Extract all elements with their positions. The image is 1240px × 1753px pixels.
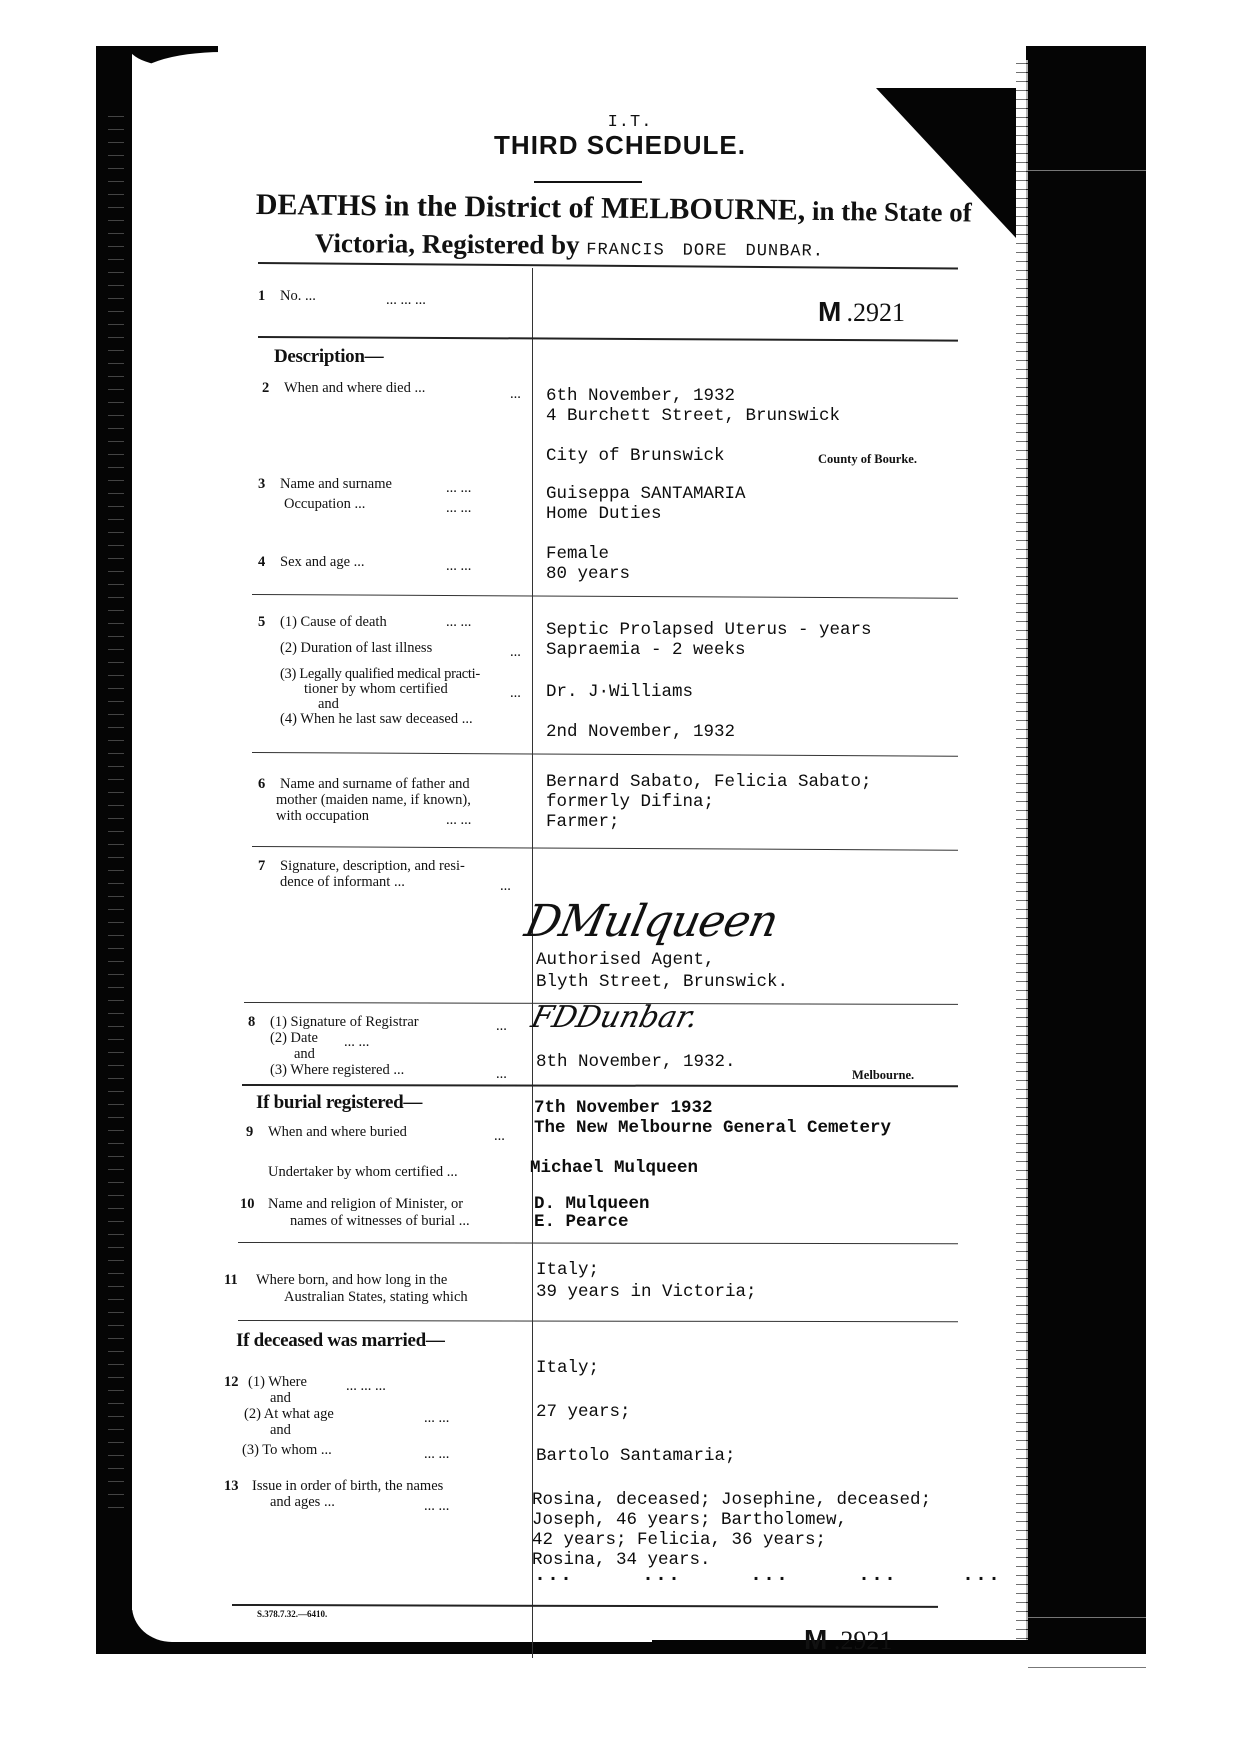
undertaker-name: Michael Mulqueen — [530, 1158, 698, 1178]
title-divider — [534, 181, 642, 183]
leader-dots: ... — [496, 1018, 507, 1034]
registrar-signature: FDDunbar. — [528, 1000, 702, 1035]
column-divider — [532, 268, 533, 1658]
label-issue: 13Issue in order of birth, the names — [224, 1478, 443, 1494]
row-rule — [252, 846, 958, 851]
footer-stamp-number: M .2921 — [804, 1624, 892, 1656]
scan-artifact-line — [1028, 170, 1146, 171]
label-undertaker: Undertaker by whom certified ... — [268, 1164, 458, 1180]
leader-dots: ... — [496, 1066, 507, 1082]
burial-heading: If burial registered— — [256, 1092, 422, 1114]
leader-dots: ... — [510, 644, 521, 660]
registration-date: 8th November, 1932. — [536, 1052, 736, 1072]
label-parents: 6Name and surname of father and — [258, 776, 470, 792]
marriage-place: Italy; — [536, 1358, 599, 1378]
label-issue-cont: and ages ... — [270, 1494, 335, 1510]
leader-dots: ... ... — [446, 480, 471, 496]
county-of-death: County of Bourke. — [818, 452, 917, 467]
issue-line-2: Joseph, 46 years; Bartholomew, — [532, 1510, 847, 1530]
label-and: and — [318, 696, 339, 712]
row-rule — [238, 1242, 958, 1244]
burial-date: 7th November 1932 — [534, 1098, 713, 1118]
label-where-born-cont: Australian States, stating which — [284, 1289, 468, 1305]
cause-of-death: Septic Prolapsed Uterus - years — [546, 620, 872, 640]
deceased-sex: Female — [546, 544, 609, 564]
label-registration-date: (2) Date — [270, 1030, 318, 1046]
row-rule — [258, 336, 958, 342]
informant-signature: DMulqueen — [521, 896, 783, 947]
scan-border-right — [1026, 46, 1146, 1654]
witness-2: E. Pearce — [534, 1212, 629, 1232]
label-marriage-where: 12(1) Where — [224, 1374, 307, 1390]
birthplace: Italy; — [536, 1260, 599, 1280]
scan-noise — [108, 110, 124, 1510]
city-of-death: City of Brunswick — [546, 446, 725, 466]
label-and: and — [270, 1390, 291, 1406]
leader-dots: ... ... — [446, 812, 471, 828]
label-registrar-signature: 8(1) Signature of Registrar — [248, 1014, 419, 1030]
label-informant: 7Signature, description, and resi- — [258, 858, 465, 874]
leader-dots: ... ... — [446, 558, 471, 574]
label-where-registered: (3) Where registered ... — [270, 1062, 404, 1078]
witness-1: D. Mulqueen — [534, 1194, 650, 1214]
leader-dots: ... ... ... — [346, 1378, 386, 1394]
district-name: MELBOURNE, — [601, 192, 806, 227]
label-parents-occupation: with occupation — [276, 808, 369, 824]
informant-description: Authorised Agent, — [536, 950, 715, 970]
register-heading-line-2: Victoria, Registered by FRANCISDOREDUNBA… — [315, 228, 842, 263]
parents-names: Bernard Sabato, Felicia Sabato; — [546, 772, 872, 792]
certifying-practitioner: Dr. J·Williams — [546, 682, 693, 702]
issue-line-1: Rosina, deceased; Josephine, deceased; — [532, 1490, 931, 1510]
entry-number: M .2921 — [818, 296, 905, 328]
scan-artifact-line — [1028, 1667, 1146, 1668]
label-and: and — [294, 1046, 315, 1062]
label-duration-illness: (2) Duration of last illness — [280, 640, 432, 656]
register-heading-line-1: DEATHS in the District of MELBOURNE, in … — [256, 188, 972, 229]
label-sex-age: 4Sex and age ... — [258, 554, 365, 570]
leader-dots: ... — [510, 386, 521, 402]
row-rule — [242, 1084, 958, 1087]
scan-border-bottom — [96, 1640, 1146, 1654]
row-rule — [238, 1320, 958, 1322]
years-in-australia: 39 years in Victoria; — [536, 1282, 757, 1302]
marriage-heading: If deceased was married— — [236, 1330, 445, 1352]
place-of-death: 4 Burchett Street, Brunswick — [546, 406, 840, 426]
date-last-seen: 2nd November, 1932 — [546, 722, 735, 742]
label-where-born: 11Where born, and how long in the — [224, 1272, 447, 1288]
leader-dots: ... — [510, 685, 521, 701]
label-minister-witnesses: 10Name and religion of Minister, or — [240, 1196, 463, 1212]
label-parents-cont: mother (maiden name, if known), — [276, 792, 471, 808]
deceased-occupation: Home Duties — [546, 504, 662, 524]
registrar-name: FRANCISDOREDUNBAR. — [586, 241, 842, 262]
mother-maiden-name: formerly Difina; — [546, 792, 714, 812]
row-rule — [252, 752, 958, 757]
label-last-saw-deceased: (4) When he last saw deceased ... — [280, 711, 473, 727]
deceased-age: 80 years — [546, 564, 630, 584]
label-medical-practitioner: (3) Legally qualified medical practi- — [280, 666, 480, 682]
leader-dots: ... ... — [446, 500, 471, 516]
burial-place: The New Melbourne General Cemetery — [534, 1118, 891, 1138]
father-occupation: Farmer; — [546, 812, 620, 832]
leader-dots: ... ... — [424, 1498, 449, 1514]
marriage-age: 27 years; — [536, 1402, 631, 1422]
leader-dots: ... ... — [424, 1410, 449, 1426]
scan-page-curl-bottom-inner — [132, 1596, 652, 1642]
leader-dots: ... — [494, 1128, 505, 1144]
leader-dots: ... ... ... — [386, 292, 426, 308]
duration-of-illness: Sapraemia - 2 weeks — [546, 640, 746, 660]
label-marriage-age: (2) At what age — [244, 1406, 334, 1422]
spouse-name: Bartolo Santamaria; — [536, 1446, 736, 1466]
label-cause-of-death: 5(1) Cause of death — [258, 614, 387, 630]
leader-dots: ... — [500, 878, 511, 894]
deceased-name: Guiseppa SANTAMARIA — [546, 484, 746, 504]
form-code: S.378.7.32.—6410. — [257, 1609, 327, 1619]
label-name-surname: 3Name and surname — [258, 476, 392, 492]
label-medical-practitioner-cont: tioner by whom certified — [304, 681, 448, 697]
description-heading: Description— — [274, 346, 383, 368]
issue-line-3: 42 years; Felicia, 36 years; — [532, 1530, 826, 1550]
label-marriage-to-whom: (3) To whom ... — [242, 1442, 332, 1458]
label-occupation: Occupation ... — [284, 496, 365, 512]
label-minister-witnesses-cont: names of witnesses of burial ... — [290, 1213, 470, 1229]
scan-page-edge-right — [1016, 60, 1028, 1650]
row-rule — [252, 594, 958, 599]
leader-dots: ... ... — [424, 1446, 449, 1462]
date-of-death: 6th November, 1932 — [546, 386, 735, 406]
scan-artifact-line — [1028, 1617, 1146, 1618]
schedule-title: THIRD SCHEDULE. — [0, 130, 1240, 161]
label-informant-cont: dence of informant ... — [280, 874, 405, 890]
informant-residence: Blyth Street, Brunswick. — [536, 972, 788, 992]
label-and: and — [270, 1422, 291, 1438]
registration-place: Melbourne. — [852, 1068, 914, 1083]
leader-dots: ... ... — [446, 614, 471, 630]
label-when-where-died: 2When and where died ... — [262, 380, 425, 396]
header-rule — [258, 262, 958, 269]
label-entry-number: 1No. ... — [258, 288, 316, 304]
leader-dots: ... ... — [344, 1034, 369, 1050]
label-when-where-buried: 9When and where buried — [246, 1124, 407, 1140]
